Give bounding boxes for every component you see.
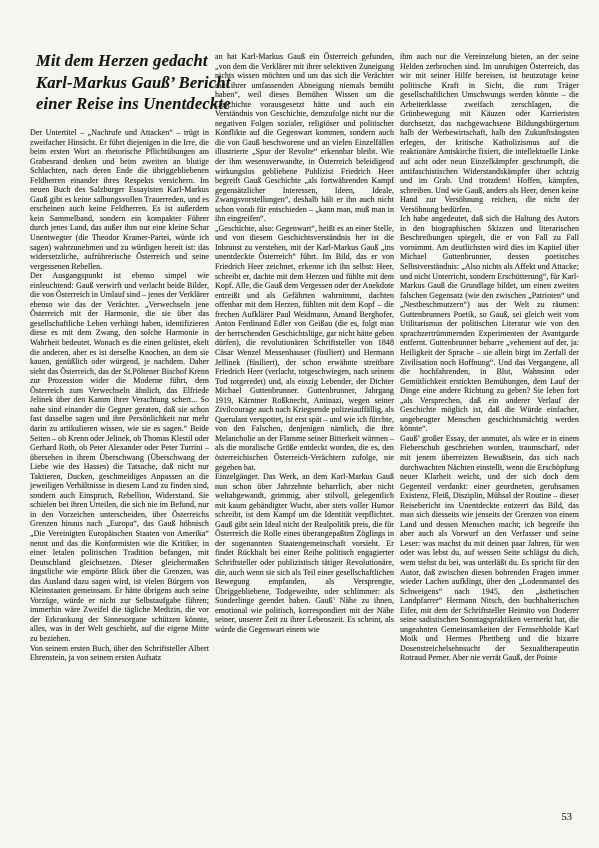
body-paragraph: an hat Karl-Markus Gauß ein Österreich g… xyxy=(215,52,394,224)
body-paragraph: Von seinem ersten Buch, über den Schrift… xyxy=(30,644,209,663)
body-paragraph: „Geschichte, also: Gegenwart“, heißt es … xyxy=(215,224,394,472)
body-paragraph: Gauß’ großer Essay, der anmutet, als wär… xyxy=(400,434,579,663)
body-paragraph: ihm auch nur die Vereinzelung bieten, an… xyxy=(400,52,579,214)
scanned-book-page: Mit dem Herzen gedacht Karl-Markus Gauß’… xyxy=(0,0,599,848)
body-paragraph: Ich habe angedeutet, daß sich die Haltun… xyxy=(400,214,579,434)
body-paragraph: Der Untertitel – „Nachrufe und Attacken“… xyxy=(30,128,209,271)
body-paragraph: Der Ausgangspunkt ist ebenso simpel wie … xyxy=(30,271,209,643)
text-column-1: Der Untertitel – „Nachrufe und Attacken“… xyxy=(30,128,209,804)
text-column-3: ihm auch nur die Vereinzelung bieten, an… xyxy=(400,52,579,804)
body-paragraph: Einzelgänger. Das Werk, an dem Karl-Mark… xyxy=(215,472,394,634)
text-column-2: an hat Karl-Markus Gauß ein Österreich g… xyxy=(215,52,394,804)
page-number: 53 xyxy=(562,812,573,823)
